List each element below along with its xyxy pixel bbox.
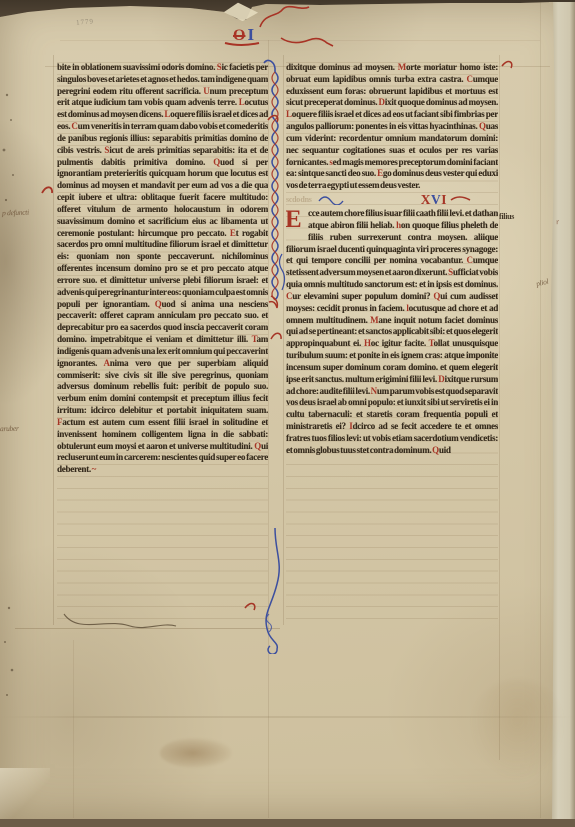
chapter-numeral-letter: X bbox=[421, 192, 431, 207]
chapter-numeral-letter: I bbox=[441, 192, 447, 207]
running-title-red-letter: O bbox=[233, 27, 245, 45]
running-title-letters: O I bbox=[233, 25, 254, 45]
chapter-numeral-letter: V bbox=[431, 192, 441, 207]
red-squiggle-icon bbox=[450, 195, 472, 205]
ruling-line bbox=[540, 2, 541, 818]
running-title: O I bbox=[205, 5, 365, 57]
paraph-icon bbox=[267, 294, 283, 310]
blue-squiggle-icon bbox=[318, 195, 344, 205]
column-left-body: bite in oblationem suavissimi odoris dom… bbox=[57, 62, 268, 474]
running-title-blue-letter: I bbox=[247, 25, 254, 45]
paraph-icon bbox=[500, 56, 516, 70]
ruling-line bbox=[499, 55, 500, 760]
marginal-gloss-left-middle: aruber bbox=[0, 424, 19, 433]
edge-speckles bbox=[0, 80, 22, 720]
marginal-gloss-left-upper: p defuncti bbox=[2, 208, 29, 218]
paraph-icon bbox=[269, 328, 285, 342]
paraph-icon bbox=[40, 182, 56, 196]
horizontal-crease bbox=[0, 716, 575, 718]
descender-swash-icon bbox=[58, 612, 198, 638]
rubricator-guide-note: scdo dns bbox=[286, 194, 312, 206]
column-right-after-initial: cce autem chore filius isuar filii caath… bbox=[286, 208, 498, 455]
corner-curl-highlight bbox=[0, 768, 50, 819]
ink-stain bbox=[160, 738, 232, 768]
pen-flourish-icon bbox=[205, 5, 365, 57]
filigree-icon bbox=[276, 252, 288, 292]
column-right-chapter-body: E cce autem chore filius isuar filii caa… bbox=[286, 208, 498, 456]
text-column-right: dixitque dominus ad moysen. Morte moriat… bbox=[286, 62, 498, 620]
pencil-date-note: 1779 bbox=[76, 17, 95, 27]
ruling-line bbox=[53, 55, 54, 625]
ruling-line bbox=[73, 640, 74, 818]
text-column-left: bite in oblationem suavissimi odoris dom… bbox=[57, 62, 268, 620]
faint-stain bbox=[470, 680, 565, 780]
marginal-correction: filius bbox=[499, 212, 514, 221]
paraph-icon bbox=[266, 110, 282, 124]
chapter-heading-row: scdo dns XVI bbox=[286, 193, 498, 207]
column-right-before-chapter: dixitque dominus ad moysen. Morte moriat… bbox=[286, 62, 498, 190]
decorated-initial: E bbox=[286, 209, 304, 232]
chapter-numeral: XVI bbox=[421, 193, 447, 208]
manuscript-photo: O I 1779 bite in oblationem suavissimi o… bbox=[0, 0, 575, 827]
